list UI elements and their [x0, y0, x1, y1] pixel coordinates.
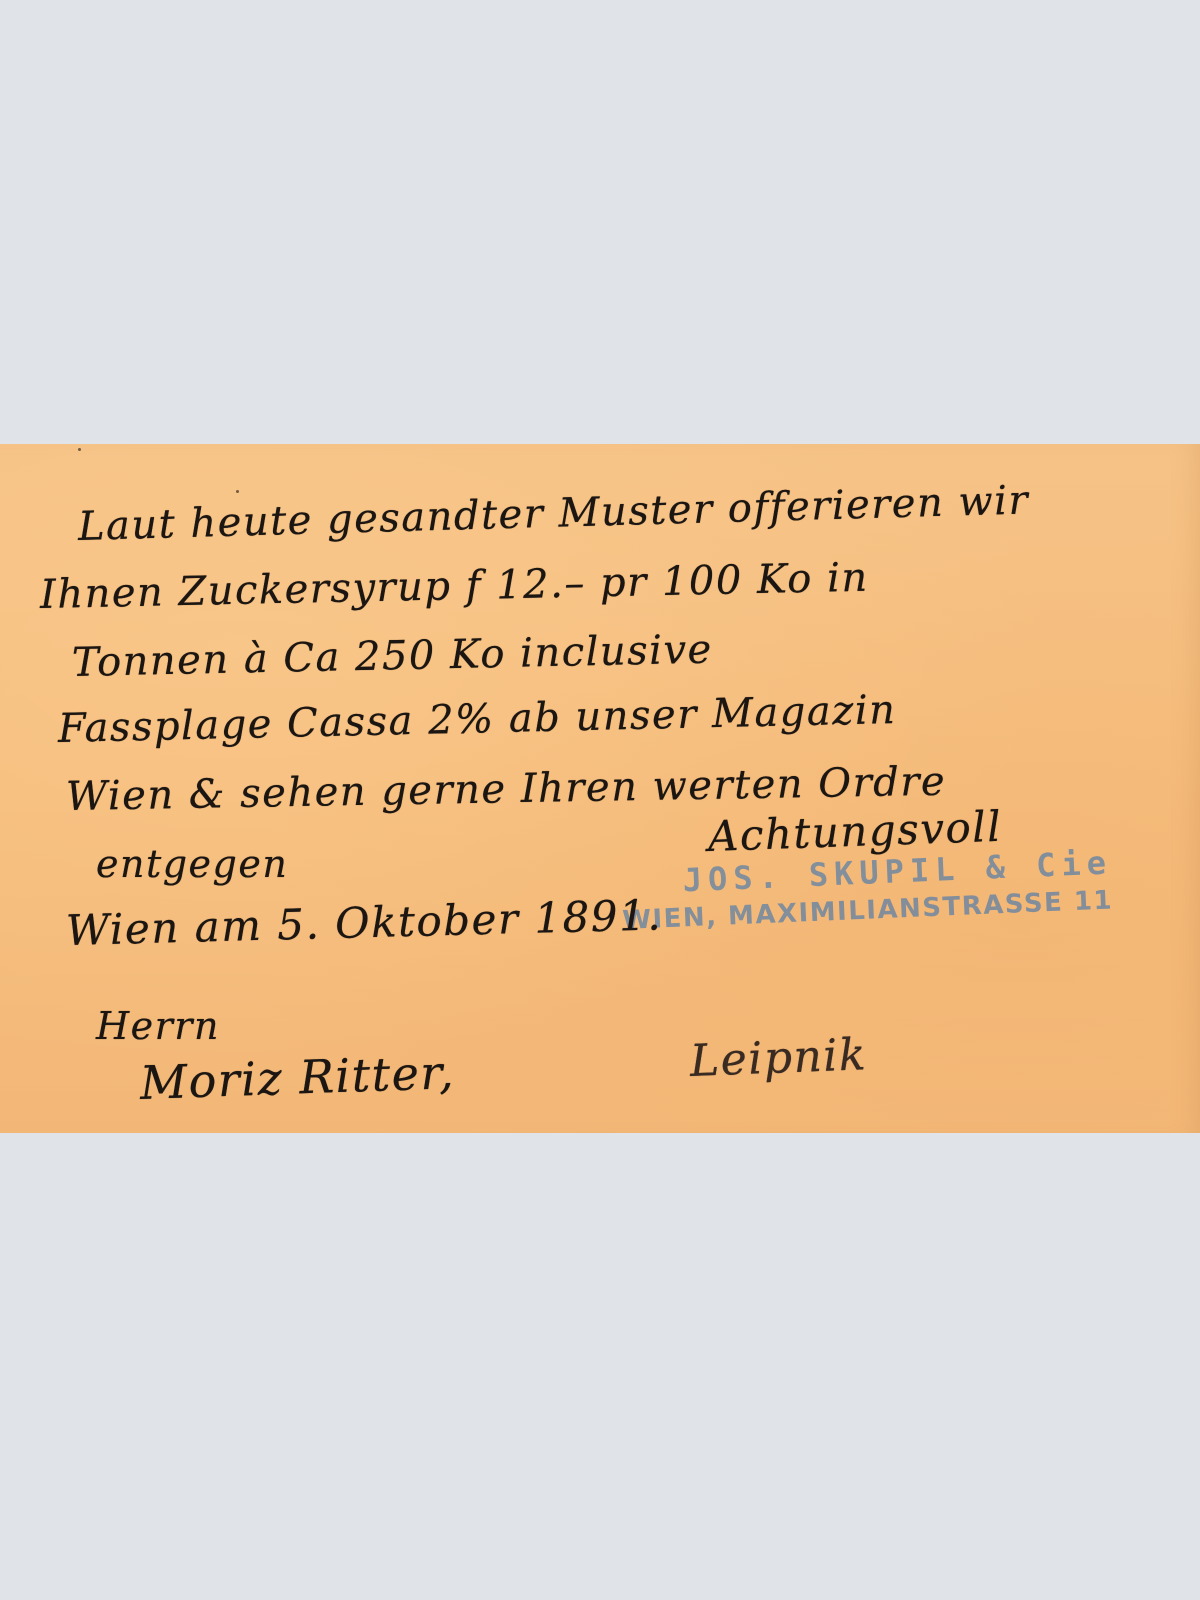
body-line-4: Fassplage Cassa 2% ab unser Magazin — [57, 687, 896, 752]
paper-speck — [236, 490, 239, 493]
date-line: Wien am 5. Oktober 1891. — [65, 890, 662, 955]
body-line-3: Tonnen à Ca 250 Ko inclusive — [72, 627, 714, 686]
salutation: Herrn — [96, 1004, 220, 1048]
recipient-place: Leipnik — [689, 1029, 868, 1087]
body-line-1: Laut heute gesandter Muster offerieren w… — [77, 477, 1029, 550]
paper-speck — [78, 448, 81, 451]
recipient-name: Moriz Ritter, — [139, 1045, 456, 1110]
body-line-2: Ihnen Zuckersyrup f 12.– pr 100 Ko in — [40, 555, 870, 618]
body-line-6: entgegen — [96, 842, 288, 886]
company-stamp: JOS. SKUPIL & Cie WIEN, MAXIMILIANSTRASS… — [620, 842, 1143, 936]
postcard: Laut heute gesandter Muster offerieren w… — [0, 444, 1200, 1133]
